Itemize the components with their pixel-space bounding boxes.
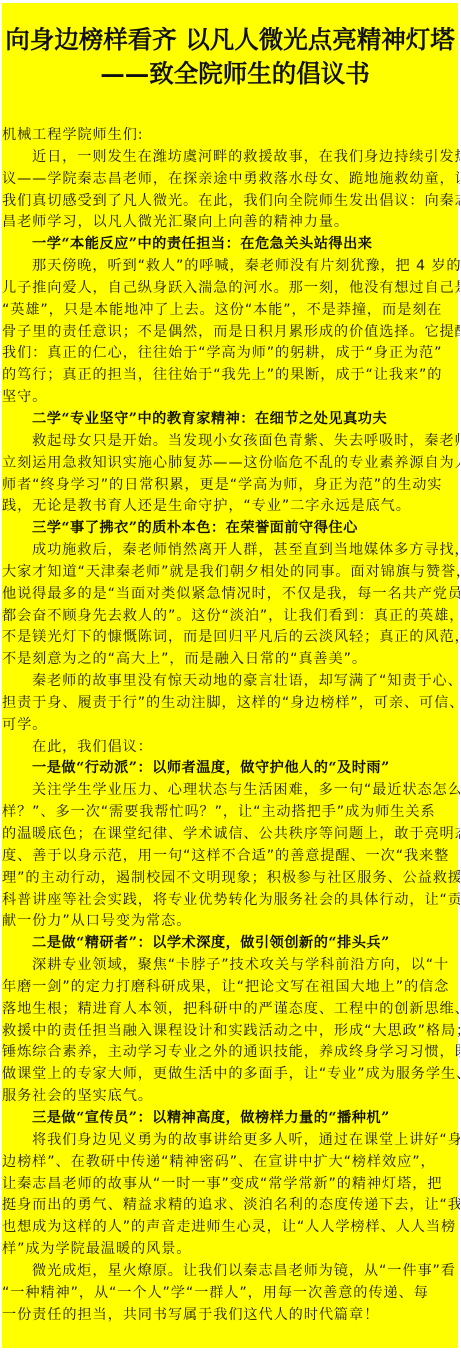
body-text-line: 救起母女只是开始。当发现小女孩面色青紫、失去呼吸时，秦老师 xyxy=(2,431,460,453)
body-text-line: 我们真切感受到了凡人微光。在此，我们向全院师生发出倡议：向秦志 xyxy=(2,191,460,213)
line-text: 成功施救后，秦老师悄然离开人群，甚至直到当地媒体多方寻找， xyxy=(32,542,460,558)
section-heading: 三学“事了拂衣”的质朴本色：在荣誉面前守得住心 xyxy=(2,518,460,540)
line-text: 献一份力”从口号变为常态。 xyxy=(2,913,191,929)
line-text: 近日，一则发生在潍坊虞河畔的救援故事，在我们身边持续引发热 xyxy=(32,149,460,165)
line-text: 让秦志昌老师的故事从“一时一事”变成“常学常新”的精神灯塔，把 xyxy=(2,1176,442,1192)
body-text-line: “一种精神”，从“一个人”学“一群人”，用每一次善意的传递、每 xyxy=(2,1283,460,1305)
body-text-line: 深耕专业领域，聚焦“卡脖子”技术攻关与学科前沿方向，以“十 xyxy=(2,955,460,977)
body-text-line: 服务社会的坚实底气。 xyxy=(2,1086,460,1108)
body-text-line: 昌老师学习，以凡人微光汇聚向上向善的精神力量。 xyxy=(2,212,460,234)
body-text-line: 让秦志昌老师的故事从“一时一事”变成“常学常新”的精神灯塔，把 xyxy=(2,1174,460,1196)
body-text-line: 担责于身、履责于行”的生动注脚，这样的“身边榜样”，可亲、可信、 xyxy=(2,693,460,715)
line-text: 锤炼综合素养，主动学习专业之外的通识技能，养成终身学习习惯，既 xyxy=(2,1044,460,1060)
line-text: 微光成炬，星火燎原。让我们以秦志昌老师为镜，从“一件事”看 xyxy=(32,1263,456,1279)
section-heading: 二是做“精研者”：以学术深度，做引领创新的“排头兵” xyxy=(2,933,460,955)
line-text: 深耕专业领域，聚焦“卡脖子”技术攻关与学科前沿方向，以“十 xyxy=(32,957,449,973)
body-text-line: 样？”、多一次“需要我帮忙吗？”，让“主动搭把手”成为师生关系 xyxy=(2,802,460,824)
line-text: 的笃行；真正的担当，往往始于“我先上”的果断，成于“让我来”的 xyxy=(2,367,442,383)
document-page: 向身边榜样看齐 以凡人微光点亮精神灯塔 ——致全院师生的倡议书 机械工程学院师生… xyxy=(2,3,458,1348)
line-text: 儿子推向爱人，自己纵身跃入湍急的河水。那一刻，他没有想过自己是 xyxy=(2,280,460,296)
line-text: 一份责任的担当，共同书写属于我们这代人的时代篇章！ xyxy=(2,1307,379,1323)
body-text-line: 不是刻意为之的“高大上”，而是融入日常的“真善美”。 xyxy=(2,649,460,671)
line-text: 也想成为这样的人”的声音走进师生心灵，让“人人学榜样、人人当榜 xyxy=(2,1219,456,1235)
body-text-line: 将我们身边见义勇为的故事讲给更多人听，通过在课堂上讲好“身 xyxy=(2,1130,460,1152)
line-text: “一种精神”，从“一个人”学“一群人”，用每一次善意的传递、每 xyxy=(2,1285,429,1301)
line-text: 议——学院秦志昌老师，在探亲途中勇救落水母女、跪地施救幼童，让 xyxy=(2,171,460,187)
section-heading: 二学“专业坚守”中的教育家精神：在细节之处见真功夫 xyxy=(2,409,460,431)
body-text-line: 的笃行；真正的担当，往往始于“我先上”的果断，成于“让我来”的 xyxy=(2,365,460,387)
line-text: 立刻运用急救知识实施心肺复苏——这份临危不乱的专业素养源自为人 xyxy=(2,455,460,471)
body-text-line: 大家才知道“天津秦老师”就是我们朝夕相处的同事。面对锦旗与赞誉， xyxy=(2,562,460,584)
body-text-line: 微光成炬，星火燎原。让我们以秦志昌老师为镜，从“一件事”看 xyxy=(2,1261,460,1283)
line-text: 三是做“宣传员”：以精神高度，做榜样力量的“播种机” xyxy=(32,1110,390,1126)
body-text-line: 挺身而出的勇气、精益求精的追求、淡泊名利的态度传递下去，让“我 xyxy=(2,1195,460,1217)
body-text-line: 在此，我们倡议： xyxy=(2,737,460,759)
line-text: 一学“本能反应”中的责任担当：在危急关头站得出来 xyxy=(32,236,372,252)
line-text: 落地生根；精进育人本领，把科研中的严谨态度、工程中的创新思维、 xyxy=(2,1001,460,1017)
line-text: 科普讲座等社会实践，将专业优势转化为服务社会的具体行动，让“贡 xyxy=(2,892,460,908)
document-title: 向身边榜样看齐 以凡人微光点亮精神灯塔 xyxy=(2,23,458,57)
line-text: 坚守。 xyxy=(2,389,47,405)
body-text-line: 边榜样”、在教研中传递“精神密码”、在宣讲中扩大“榜样效应”， xyxy=(2,1152,460,1174)
line-text: 的温暖底色；在课堂纪律、学术诚信、公共秩序等问题上，敢于亮明态 xyxy=(2,826,460,842)
body-text-line: 我们：真正的仁心，往往始于“学高为师”的躬耕，成于“身正为范” xyxy=(2,343,460,365)
line-text: 担责于身、履责于行”的生动注脚，这样的“身边榜样”，可亲、可信、 xyxy=(2,695,460,711)
line-text: 不是镁光灯下的慷慨陈词，而是回归平凡后的云淡风轻；真正的风范， xyxy=(2,629,460,645)
body-text-line: 儿子推向爱人，自己纵身跃入湍急的河水。那一刻，他没有想过自己是 xyxy=(2,278,460,300)
line-text: 关注学生学业压力、心理状态与生活困难，多一句“最近状态怎么 xyxy=(32,782,460,798)
body-text-line: 骨子里的责任意识；不是偶然，而是日积月累形成的价值选择。它提醒 xyxy=(2,322,460,344)
line-text: 在此，我们倡议： xyxy=(32,739,153,755)
line-text: 可学。 xyxy=(2,717,47,733)
section-heading: 一是做“行动派”：以师者温度，做守护他人的“及时雨” xyxy=(2,758,460,780)
line-text: 三学“事了拂衣”的质朴本色：在荣誉面前守得住心 xyxy=(32,520,358,536)
body-text-line: 做课堂上的专家大师，更做生活中的多面手，让“专业”成为服务学生、 xyxy=(2,1064,460,1086)
line-text: 理”的主动行动，遏制校园不文明现象；积极参与社区服务、公益救援、 xyxy=(2,870,460,886)
body-text-line: 救援中的责任担当融入课程设计和实践活动之中，形成“大思政”格局； xyxy=(2,1021,460,1043)
line-text: 骨子里的责任意识；不是偶然，而是日积月累形成的价值选择。它提醒 xyxy=(2,324,460,340)
line-text: 那天傍晚，听到“救人”的呼喊，秦老师没有片刻犹豫，把 4 岁的 xyxy=(32,258,460,274)
line-text: 一是做“行动派”：以师者温度，做守护他人的“及时雨” xyxy=(32,760,390,776)
line-text: 我们：真正的仁心，往往始于“学高为师”的躬耕，成于“身正为范” xyxy=(2,345,442,361)
line-text: 大家才知道“天津秦老师”就是我们朝夕相处的同事。面对锦旗与赞誉， xyxy=(2,564,460,580)
body-text-line: 理”的主动行动，遏制校园不文明现象；积极参与社区服务、公益救援、 xyxy=(2,868,460,890)
line-text: 样”成为学院最温暖的风景。 xyxy=(2,1241,191,1257)
body-text-line: 都会奋不顾身先去救人的”。这份“淡泊”，让我们看到：真正的英雄， xyxy=(2,606,460,628)
body-text-line: 落地生根；精进育人本领，把科研中的严谨态度、工程中的创新思维、 xyxy=(2,999,460,1021)
body-text-line: 议——学院秦志昌老师，在探亲途中勇救落水母女、跪地施救幼童，让 xyxy=(2,169,460,191)
line-text: 二学“专业坚守”中的教育家精神：在细节之处见真功夫 xyxy=(32,411,387,427)
line-text: 边榜样”、在教研中传递“精神密码”、在宣讲中扩大“榜样效应”， xyxy=(2,1154,436,1170)
body-text-line: 一份责任的担当，共同书写属于我们这代人的时代篇章！ xyxy=(2,1305,460,1327)
body-text-line: 锤炼综合素养，主动学习专业之外的通识技能，养成终身学习习惯，既 xyxy=(2,1042,460,1064)
body-text-line: 师者“终身学习”的日常积累，更是“学高为师，身正为范”的生动实 xyxy=(2,475,460,497)
line-text: 将我们身边见义勇为的故事讲给更多人听，通过在课堂上讲好“身 xyxy=(32,1132,460,1148)
title-block: 向身边榜样看齐 以凡人微光点亮精神灯塔 ——致全院师生的倡议书 xyxy=(2,23,458,91)
body-text-line: 成功施救后，秦老师悄然离开人群，甚至直到当地媒体多方寻找， xyxy=(2,540,460,562)
body-text-line: 可学。 xyxy=(2,715,460,737)
body-text-line: 也想成为这样的人”的声音走进师生心灵，让“人人学榜样、人人当榜 xyxy=(2,1217,460,1239)
line-text: 不是刻意为之的“高大上”，而是融入日常的“真善美”。 xyxy=(2,651,367,667)
line-text: 年磨一剑”的定力打磨科研成果，让“把论文写在祖国大地上”的信念 xyxy=(2,979,449,995)
line-text: 昌老师学习，以凡人微光汇聚向上向善的精神力量。 xyxy=(2,214,349,230)
body-text-line: 关注学生学业压力、心理状态与生活困难，多一句“最近状态怎么 xyxy=(2,780,460,802)
body-text-line: 秦老师的故事里没有惊天动地的豪言壮语，却写满了“知责于心、 xyxy=(2,671,460,693)
line-text: 服务社会的坚实底气。 xyxy=(2,1088,153,1104)
line-text: 践，无论是教书育人还是生命守护，“专业”二字永远是底气。 xyxy=(2,498,411,514)
body-text-line: 的温暖底色；在课堂纪律、学术诚信、公共秩序等问题上，敢于亮明态 xyxy=(2,824,460,846)
line-text: 救起母女只是开始。当发现小女孩面色青紫、失去呼吸时，秦老师 xyxy=(32,433,460,449)
line-text: 样？”、多一次“需要我帮忙吗？”，让“主动搭把手”成为师生关系 xyxy=(2,804,436,820)
line-text: 都会奋不顾身先去救人的”。这份“淡泊”，让我们看到：真正的英雄， xyxy=(2,608,460,624)
line-text: 二是做“精研者”：以学术深度，做引领创新的“排头兵” xyxy=(32,935,390,951)
body-text-line: 不是镁光灯下的慷慨陈词，而是回归平凡后的云淡风轻；真正的风范， xyxy=(2,627,460,649)
body-text-line: 近日，一则发生在潍坊虞河畔的救援故事，在我们身边持续引发热 xyxy=(2,147,460,169)
body-text-line: 他说得最多的是“当面对类似紧急情况时，不仅是我，每一名共产党员 xyxy=(2,584,460,606)
body-text-line: 坚守。 xyxy=(2,387,460,409)
line-text: 做课堂上的专家大师，更做生活中的多面手，让“专业”成为服务学生、 xyxy=(2,1066,460,1082)
section-heading: 三是做“宣传员”：以精神高度，做榜样力量的“播种机” xyxy=(2,1108,460,1130)
line-text: “英雄”，只是本能地冲了上去。这份“本能”，不是莽撞，而是刻在 xyxy=(2,302,442,318)
body-text-line: 科普讲座等社会实践，将专业优势转化为服务社会的具体行动，让“贡 xyxy=(2,890,460,912)
line-text: 秦老师的故事里没有惊天动地的豪言壮语，却写满了“知责于心、 xyxy=(32,673,460,689)
line-text: 救援中的责任担当融入课程设计和实践活动之中，形成“大思政”格局； xyxy=(2,1023,460,1039)
line-text: 挺身而出的勇气、精益求精的追求、淡泊名利的态度传递下去，让“我 xyxy=(2,1197,460,1213)
body-text-line: 样”成为学院最温暖的风景。 xyxy=(2,1239,460,1261)
body-text-line: 践，无论是教书育人还是生命守护，“专业”二字永远是底气。 xyxy=(2,496,460,518)
body-text-line: 立刻运用急救知识实施心肺复苏——这份临危不乱的专业素养源自为人 xyxy=(2,453,460,475)
line-text: 师者“终身学习”的日常积累，更是“学高为师，身正为范”的生动实 xyxy=(2,477,442,493)
line-text: 他说得最多的是“当面对类似紧急情况时，不仅是我，每一名共产党员 xyxy=(2,586,460,602)
line-text: 度、善于以身示范，用一句“这样不合适”的善意提醒、一次“我来整 xyxy=(2,848,449,864)
body-text-line: “英雄”，只是本能地冲了上去。这份“本能”，不是莽撞，而是刻在 xyxy=(2,300,460,322)
document-subtitle: ——致全院师生的倡议书 xyxy=(2,57,458,91)
document-body: 机械工程学院师生们: 近日，一则发生在潍坊虞河畔的救援故事，在我们身边持续引发热… xyxy=(2,125,460,1326)
body-text-line: 度、善于以身示范，用一句“这样不合适”的善意提醒、一次“我来整 xyxy=(2,846,460,868)
line-text: 我们真切感受到了凡人微光。在此，我们向全院师生发出倡议：向秦志 xyxy=(2,193,460,209)
salutation: 机械工程学院师生们: xyxy=(2,125,460,147)
body-text-line: 年磨一剑”的定力打磨科研成果，让“把论文写在祖国大地上”的信念 xyxy=(2,977,460,999)
section-heading: 一学“本能反应”中的责任担当：在危急关头站得出来 xyxy=(2,234,460,256)
body-text-line: 那天傍晚，听到“救人”的呼喊，秦老师没有片刻犹豫，把 4 岁的 xyxy=(2,256,460,278)
body-text-line: 献一份力”从口号变为常态。 xyxy=(2,911,460,933)
